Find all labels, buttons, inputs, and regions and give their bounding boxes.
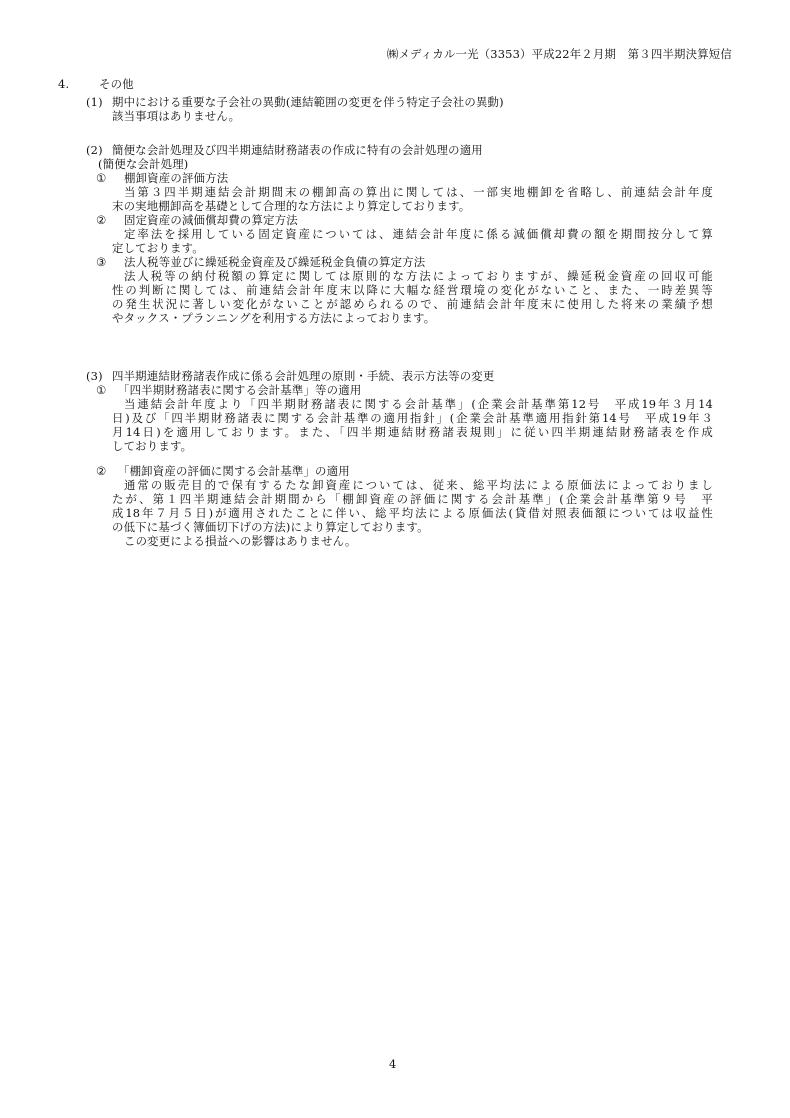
item-3-2-line-2: たが、第１四半期連結会計期間から「棚卸資産の評価に関する会計基準」(企業会計基準… — [112, 493, 713, 506]
item-1-body: 該当事項はありません。 — [112, 110, 240, 123]
item-3-2-line-4: の低下に基づく簿価切下げの方法)により算定しております。 — [112, 521, 429, 534]
item-1-label: (1) — [86, 96, 103, 109]
item-2-3-line-1: 法人税等の納付税額の算定に関しては原則的な方法によっておりますが、繰延税金資産の… — [124, 270, 713, 283]
item-2-title: 簡便な会計処理及び四半期連結財務諸表の作成に特有の会計処理の適用 — [112, 144, 483, 157]
item-2-3-line-4: やタックス・プランニングを利用する方法によっております。 — [112, 312, 435, 325]
section-number: 4. — [58, 78, 69, 91]
item-2-1-marker: ① — [96, 172, 106, 185]
item-2-subheading: (簡便な会計処理) — [98, 158, 188, 171]
item-2-3-marker: ③ — [96, 256, 106, 269]
item-3-2-line-3: 成18年７月５日)が適用されたことに伴い、総平均法による原価法(貸借対照表価額に… — [112, 507, 713, 520]
item-2-2-marker: ② — [96, 214, 106, 227]
item-3-2-line-1: 通常の販売目的で保有するたな卸資産については、従来、総平均法による原価法によって… — [124, 479, 713, 492]
section-title: その他 — [99, 78, 134, 91]
item-2-label: (2) — [86, 144, 103, 157]
item-3-1-marker: ① — [96, 384, 106, 397]
page-number: 4 — [389, 1058, 396, 1071]
item-3-2-line-5: この変更による損益への影響はありません。 — [124, 535, 357, 548]
item-3-1-line-4: しております。 — [112, 440, 192, 453]
item-3-2-marker: ② — [96, 465, 106, 478]
item-3-1-line-2: 日)及び「四半期財務諸表に関する会計基準の適用指針」(企業会計基準適用指針第14… — [112, 412, 713, 425]
item-2-3-line-3: の発生状況に著しい変化がないことが認められるので、前連結会計年度末に使用した将来… — [112, 298, 713, 311]
item-3-1-line-3: 月14日)を適用しております。また、「四半期連結財務諸表規則」に従い四半期連結財… — [112, 426, 713, 439]
item-2-2-title: 固定資産の減価償却費の算定方法 — [124, 214, 298, 227]
item-2-3-line-2: 性の判断に関しては、前連結会計年度末以降に大幅な経営環境の変化がないこと、また、… — [112, 284, 713, 297]
item-2-1-line-1: 当第３四半期連結会計期間末の棚卸高の算出に関しては、一部実地棚卸を省略し、前連結… — [124, 186, 713, 199]
item-2-2-line-2: 定しております。 — [112, 242, 204, 255]
item-3-label: (3) — [86, 370, 103, 383]
item-3-title: 四半期連結財務諸表作成に係る会計処理の原則・手続、表示方法等の変更 — [112, 370, 495, 383]
item-3-1-title: 「四半期財務諸表に関する会計基準」等の適用 — [118, 384, 361, 397]
item-3-1-line-1: 当連結会計年度より「四半期財務諸表に関する会計基準」(企業会計基準第12号 平成… — [124, 398, 713, 411]
item-2-3-title: 法人税等並びに繰延税金資産及び繰延税金負債の算定方法 — [124, 256, 425, 269]
document-header: ㈱メディカル一光（3353）平成22年２月期 第３四半期決算短信 — [387, 48, 732, 61]
item-1-title: 期中における重要な子会社の異動(連結範囲の変更を伴う特定子会社の異動) — [112, 96, 504, 109]
item-2-2-line-1: 定率法を採用している固定資産については、連結会計年度に係る減価償却費の額を期間按… — [124, 228, 713, 241]
item-3-2-title: 「棚卸資産の評価に関する会計基準」の適用 — [118, 465, 350, 478]
item-2-1-title: 棚卸資産の評価方法 — [124, 172, 228, 185]
item-2-1-line-2: 末の実地棚卸高を基礎として合理的な方法により算定しております。 — [112, 200, 470, 213]
